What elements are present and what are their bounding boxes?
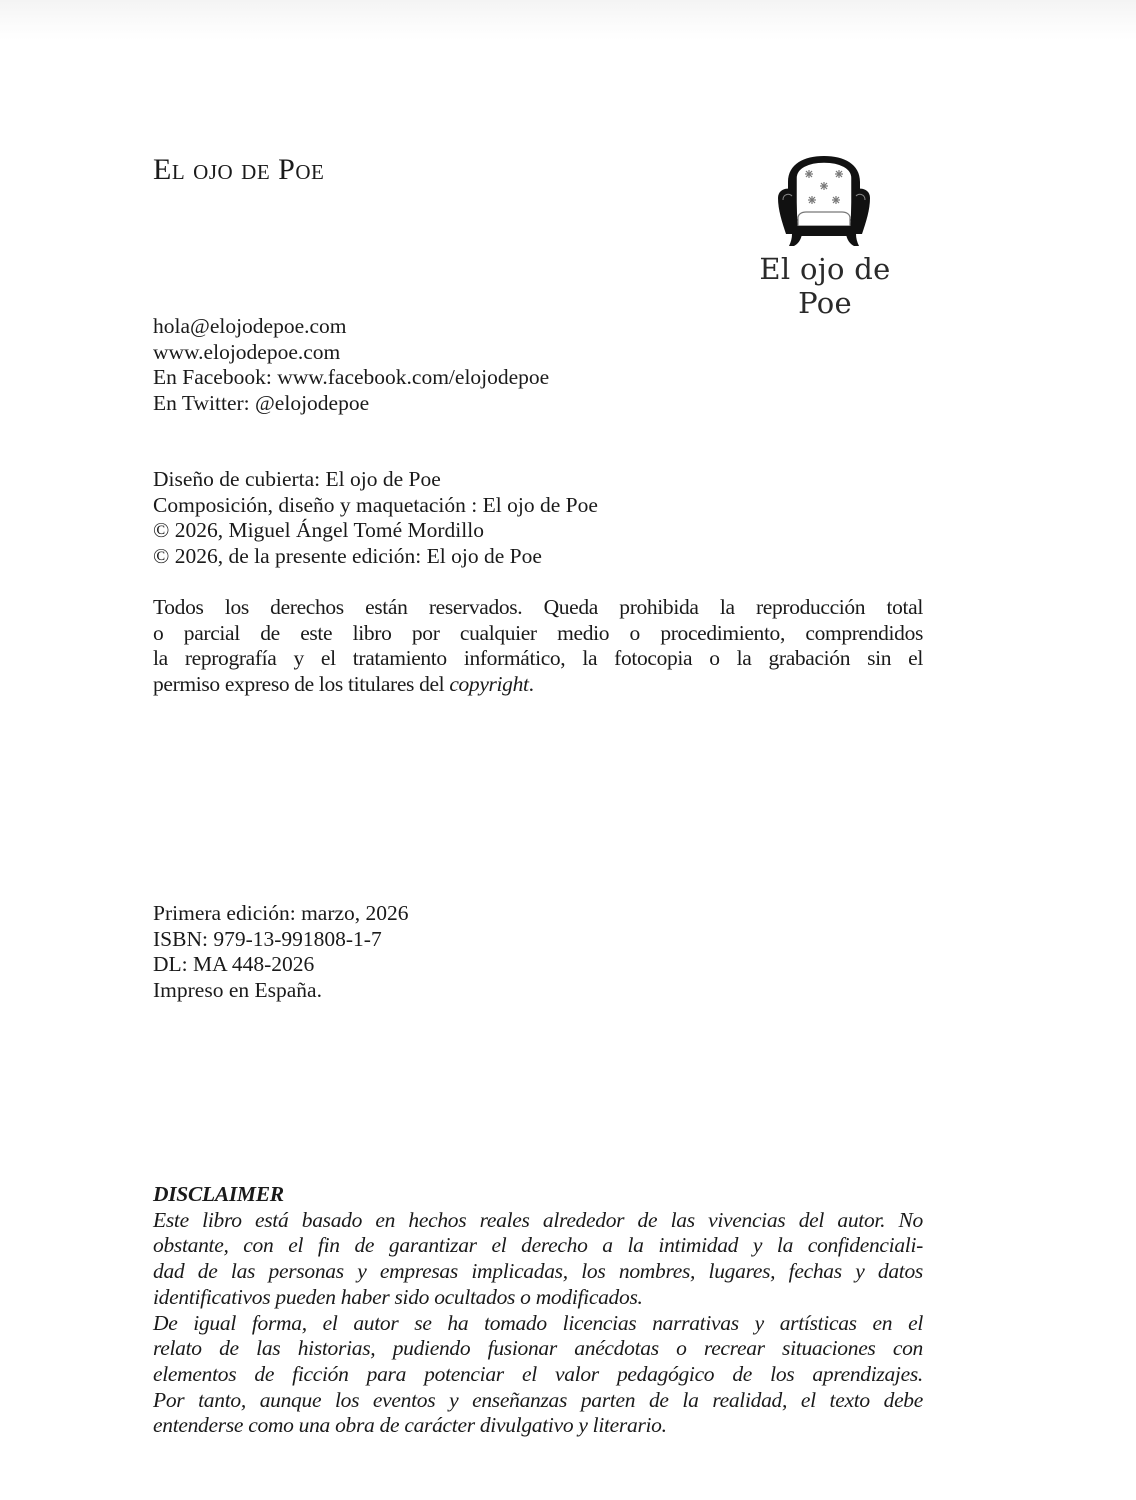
disclaimer-line: relato de las historias, pudiendo fusion… (153, 1336, 923, 1362)
rights-line-last: permiso expreso de los titulares del cop… (153, 672, 923, 698)
rights-notice: Todos los derechos están reservados. Que… (153, 595, 923, 698)
disclaimer: DISCLAIMER Este libro está basado en hec… (153, 1182, 923, 1439)
disclaimer-line: entenderse como una obra de carácter div… (153, 1413, 923, 1439)
copyright-term: copyright (449, 672, 528, 696)
disclaimer-line: Por tanto, aunque los eventos y enseñanz… (153, 1388, 923, 1414)
contact-info: hola@elojodepoe.com www.elojodepoe.com E… (153, 314, 923, 417)
disclaimer-line: identificativos pueden haber sido oculta… (153, 1285, 923, 1311)
credit-cover-design: Diseño de cubierta: El ojo de Poe (153, 467, 923, 493)
disclaimer-line: elementos de ficción para potenciar el v… (153, 1362, 923, 1388)
rights-line: Todos los derechos están reservados. Que… (153, 595, 923, 621)
disclaimer-body: Este libro está basado en hechos reales … (153, 1208, 923, 1439)
disclaimer-line: Este libro está basado en hechos reales … (153, 1208, 923, 1234)
copyright-author: © 2026, Miguel Ángel Tomé Mordillo (153, 518, 923, 544)
contact-website: www.elojodepoe.com (153, 340, 923, 366)
contact-twitter: En Twitter: @elojodepoe (153, 391, 923, 417)
disclaimer-line: dad de las personas y empresas implicada… (153, 1259, 923, 1285)
contact-facebook: En Facebook: www.facebook.com/elojodepoe (153, 365, 923, 391)
publisher-heading: El ojo de Poe (153, 152, 324, 188)
printed-in: Impreso en España. (153, 978, 923, 1004)
rights-last-prefix: permiso expreso de los titulares del (153, 672, 449, 696)
disclaimer-title: DISCLAIMER (153, 1182, 923, 1208)
publisher-logo: El ojo de Poe (730, 152, 920, 292)
armchair-icon (774, 152, 874, 252)
contact-email: hola@elojodepoe.com (153, 314, 923, 340)
credits: Diseño de cubierta: El ojo de Poe Compos… (153, 467, 923, 570)
disclaimer-line: obstante, con el fin de garantizar el de… (153, 1233, 923, 1259)
isbn: ISBN: 979-13-991808-1-7 (153, 927, 923, 953)
copyright-edition: © 2026, de la presente edición: El ojo d… (153, 544, 923, 570)
rights-line: o parcial de este libro por cualquier me… (153, 621, 923, 647)
edition-info: Primera edición: marzo, 2026 ISBN: 979-1… (153, 901, 923, 1004)
rights-last-suffix: . (529, 672, 534, 696)
first-edition: Primera edición: marzo, 2026 (153, 901, 923, 927)
page-top-shadow (0, 0, 1136, 40)
logo-wordmark: El ojo de Poe (730, 252, 920, 320)
rights-line: la reprografía y el tratamiento informát… (153, 646, 923, 672)
credit-composition: Composición, diseño y maquetación : El o… (153, 493, 923, 519)
disclaimer-line: De igual forma, el autor se ha tomado li… (153, 1311, 923, 1337)
legal-deposit: DL: MA 448-2026 (153, 952, 923, 978)
